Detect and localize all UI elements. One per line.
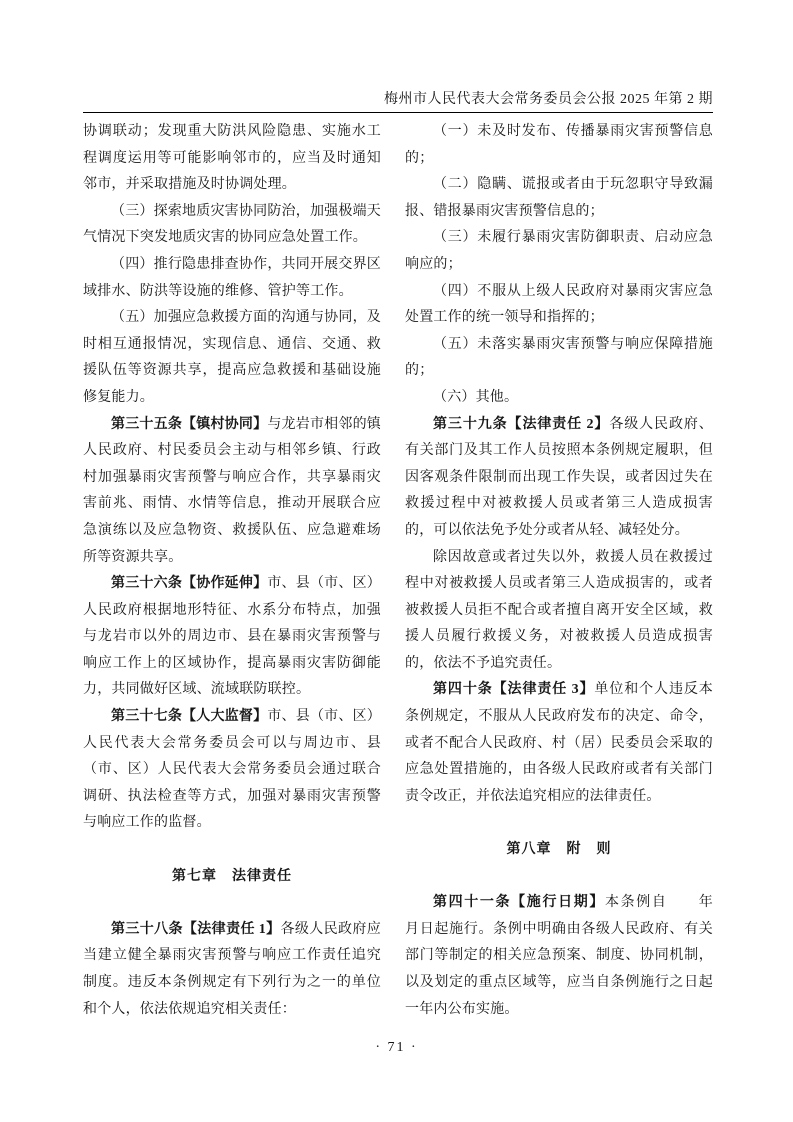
article-paragraph: 第三十八条【法律责任 1】各级人民政府应当建立健全暴雨灾害预警与响应工作责任追究… <box>83 917 381 1023</box>
article-label: 第三十五条【镇村协同】 <box>111 417 267 432</box>
chapter-heading: 第七章 法律责任 <box>83 864 381 891</box>
article-paragraph: 第三十六条【协作延伸】市、县（市、区）人民政府根据地形特征、水系分布特点，加强与… <box>83 571 381 704</box>
chapter-heading: 第八章 附 则 <box>405 837 713 864</box>
article-paragraph: 第三十七条【人大监督】市、县（市、区）人民代表大会常务委员会可以与周边市、县（市… <box>83 704 381 837</box>
article-label: 第三十九条【法律责任 2】 <box>433 417 609 432</box>
body-paragraph: （三）探索地质灾害协同防治，加强极端天气情况下突发地质灾害的协同应急处置工作。 <box>83 199 381 252</box>
body-paragraph: （四）推行隐患排查协作，共同开展交界区域排水、防洪等设施的维修、管护等工作。 <box>83 252 381 305</box>
article-paragraph: 第三十九条【法律责任 2】各级人民政府、有关部门及其工作人员按照本条例规定履职，… <box>405 412 713 545</box>
body-paragraph: （六）其他。 <box>405 385 713 412</box>
gazette-page: 梅州市人民代表大会常务委员会公报 2025 年第 2 期 协调联动；发现重大防洪… <box>0 0 793 1122</box>
body-paragraph: 除因故意或者过失以外，救援人员在救援过程中对被救援人员或者第三人造成损害的，或者… <box>405 545 713 678</box>
page-number: · 71 · <box>0 1040 793 1056</box>
article-label: 第四十条【法律责任 3】 <box>433 682 594 697</box>
page-header-title: 梅州市人民代表大会常务委员会公报 2025 年第 2 期 <box>83 88 713 108</box>
body-paragraph: （二）隐瞒、谎报或者由于玩忽职守导致漏报、错报暴雨灾害预警信息的； <box>405 172 713 225</box>
body-paragraph: （五）加强应急救援方面的沟通与协同，及时相互通报情况，实现信息、通信、交通、救援… <box>83 305 381 411</box>
body-paragraph: 协调联动；发现重大防洪风险隐患、实施水工程调度运用等可能影响邻市的，应当及时通知… <box>83 119 381 199</box>
article-paragraph: 第三十五条【镇村协同】与龙岩市相邻的镇人民政府、村民委员会主动与相邻乡镇、行政村… <box>83 412 381 572</box>
text-column-left: 协调联动；发现重大防洪风险隐患、实施水工程调度运用等可能影响邻市的，应当及时通知… <box>83 119 381 1023</box>
header-divider <box>83 112 713 113</box>
article-label: 第四十一条【施行日期】 <box>433 895 605 910</box>
body-paragraph: （三）未履行暴雨灾害防御职责、启动应急响应的； <box>405 225 713 278</box>
article-paragraph: 第四十条【法律责任 3】单位和个人违反本条例规定，不服从人民政府发布的决定、命令… <box>405 677 713 810</box>
body-paragraph: （一）未及时发布、传播暴雨灾害预警信息的； <box>405 119 713 172</box>
article-label: 第三十八条【法律责任 1】 <box>111 922 280 937</box>
article-label: 第三十六条【协作延伸】 <box>111 576 267 591</box>
body-paragraph: （五）未落实暴雨灾害预警与响应保障措施的； <box>405 332 713 385</box>
body-paragraph: （四）不服从上级人民政府对暴雨灾害应急处置工作的统一领导和指挥的； <box>405 279 713 332</box>
text-column-right: （一）未及时发布、传播暴雨灾害预警信息的；（二）隐瞒、谎报或者由于玩忽职守导致漏… <box>405 119 713 1023</box>
article-paragraph: 第四十一条【施行日期】本条例自 年 月日起施行。条例中明确由各级人民政府、有关部… <box>405 890 713 1023</box>
article-label: 第三十七条【人大监督】 <box>111 709 267 724</box>
